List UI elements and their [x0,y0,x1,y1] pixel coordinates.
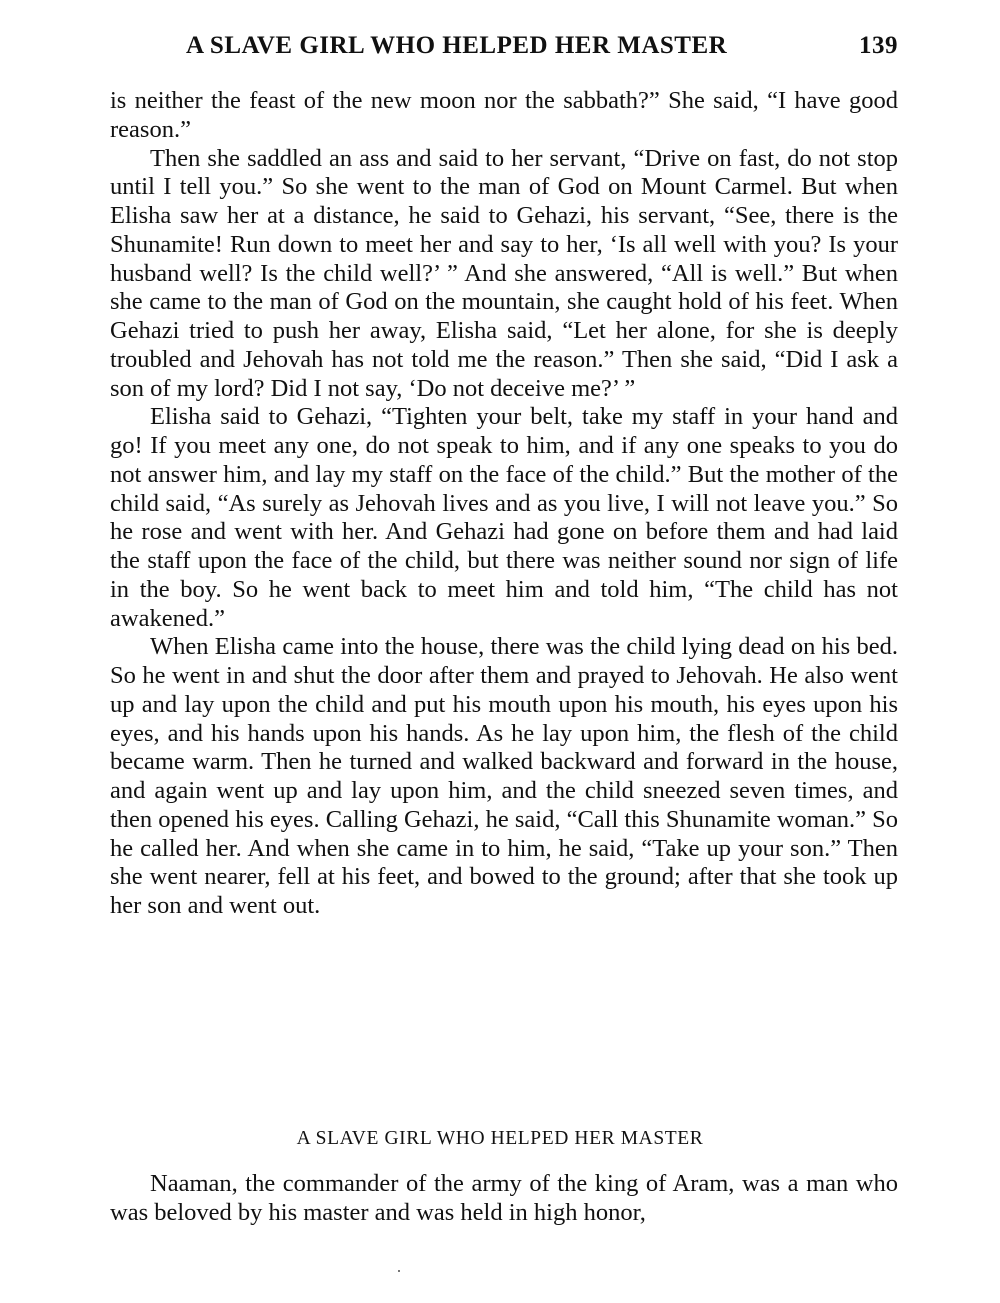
paragraph: Then she saddled an ass and said to her … [110,145,898,404]
paragraph: Elisha said to Gehazi, “Tighten your bel… [110,403,898,633]
section-heading: A SLAVE GIRL WHO HELPED HER MASTER [0,1128,1000,1150]
body-text: is neither the feast of the new moon nor… [110,87,898,921]
paragraph: Naaman, the commander of the army of the… [110,1170,898,1228]
paragraph-continued: is neither the feast of the new moon nor… [110,87,898,145]
running-title: A SLAVE GIRL WHO HELPED HER MASTER [186,32,727,60]
section-text: Naaman, the commander of the army of the… [110,1170,898,1228]
page-number: 139 [859,32,898,60]
paragraph: When Elisha came into the house, there w… [110,633,898,921]
scan-speck [398,1270,400,1272]
